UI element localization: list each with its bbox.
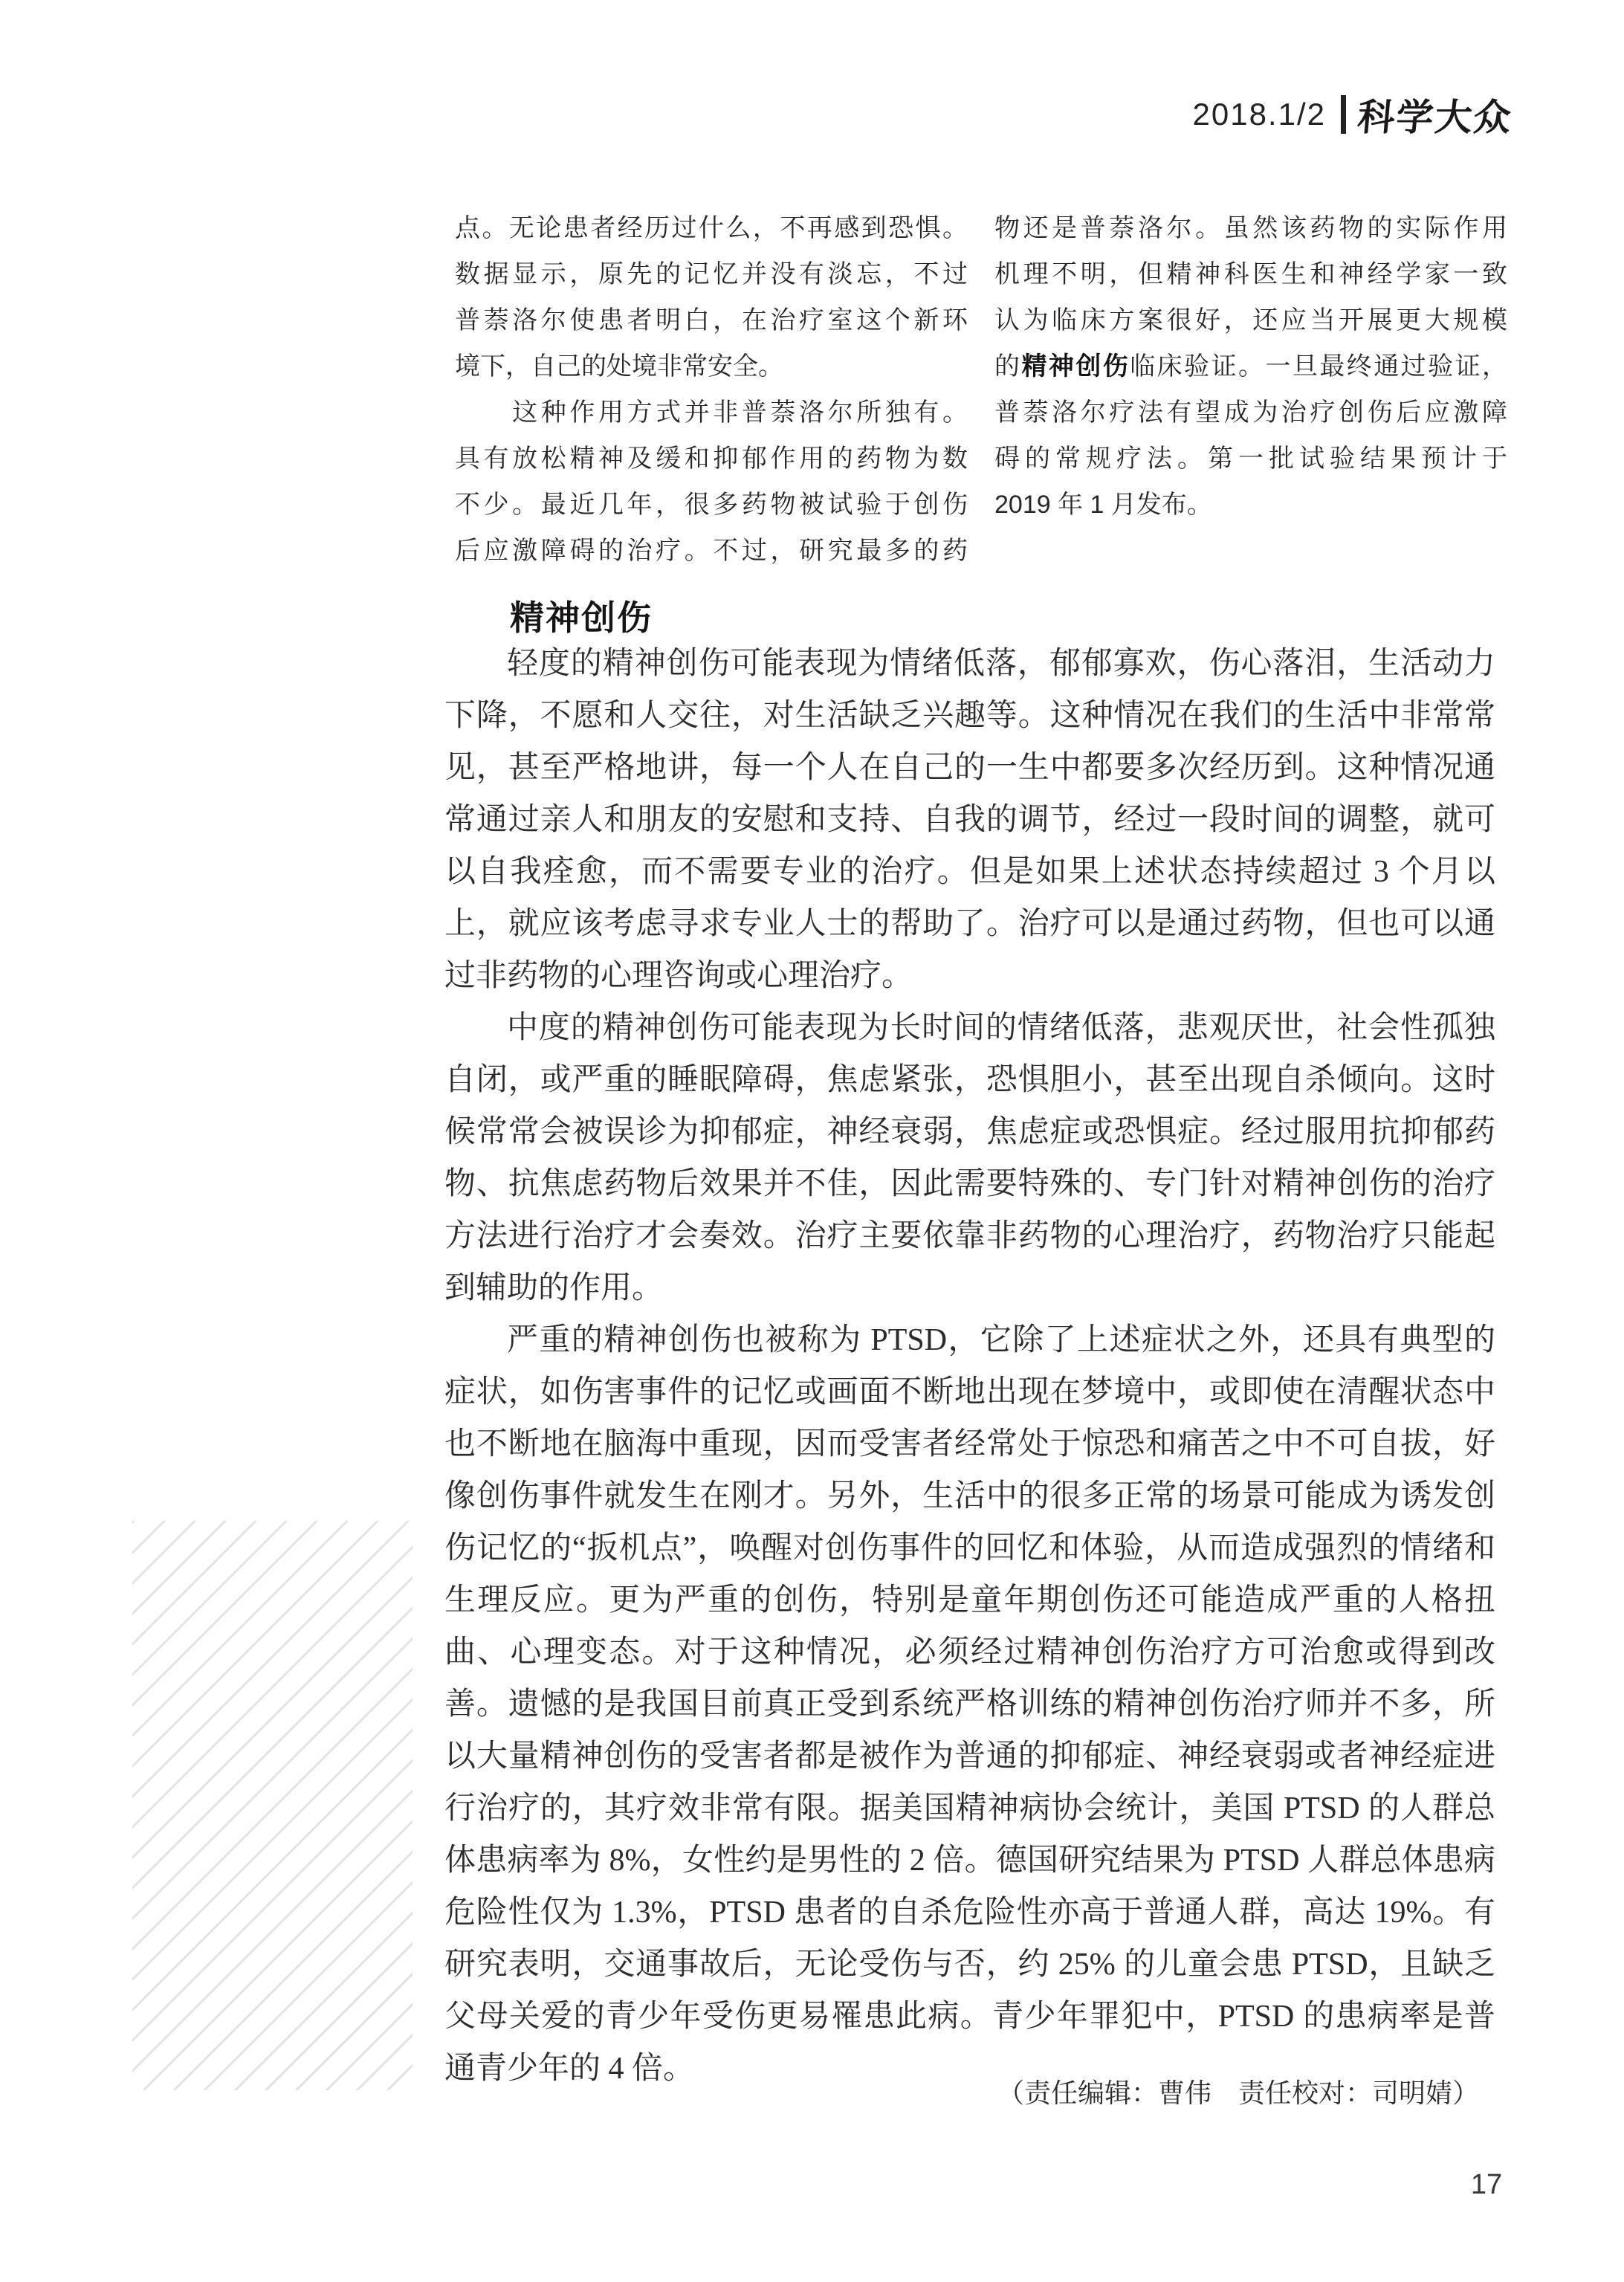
text-line: 机理不明，但精神科医生和神经学家一致: [994, 251, 1507, 297]
paragraph: 轻度的精神创伤可能表现为情绪低落，郁郁寡欢，伤心落泪，生活动力下降，不愿和人交往…: [444, 638, 1495, 1002]
text-line: 后应激障碍的治疗。不过，研究最多的药: [455, 528, 968, 574]
diagonal-hatch-decoration: [132, 1521, 413, 2090]
text-line: 不少。最近几年，很多药物被试验于创伤: [455, 482, 968, 528]
text-line: 物还是普萘洛尔。虽然该药物的实际作用: [994, 205, 1507, 251]
text-line: 普萘洛尔使患者明白，在治疗室这个新环: [455, 297, 968, 343]
text-line: 这种作用方式并非普萘洛尔所独有。: [455, 390, 968, 436]
bold-keyword: 精神创伤: [1021, 352, 1130, 381]
magazine-logo-text: 科学大众: [1356, 88, 1515, 141]
paragraph: 中度的精神创伤可能表现为长时间的情绪低落，悲观厌世，社会性孤独自闭，或严重的睡眠…: [444, 1002, 1495, 1314]
text-line: 认为临床方案很好，还应当开展更大规模: [994, 297, 1507, 343]
text-line: 数据显示，原先的记忆并没有淡忘，不过: [455, 251, 968, 297]
page-header: 2018.1/2 科学大众: [1115, 94, 1513, 135]
magazine-page: 2018.1/2 科学大众 点。无论患者经历过什么，不再感到恐惧。数据显示，原先…: [0, 0, 1624, 2282]
text-line: 点。无论患者经历过什么，不再感到恐惧。: [455, 205, 968, 251]
page-number: 17: [1455, 2169, 1518, 2201]
header-divider: [1341, 95, 1346, 134]
text-line: 2019 年 1 月发布。: [994, 482, 1507, 528]
section-heading: 精神创伤: [510, 591, 653, 640]
text-line: 境下，自己的处境非常安全。: [455, 343, 968, 390]
text-line: 具有放松精神及缓和抑郁作用的药物为数: [455, 436, 968, 482]
issue-date: 2018.1/2: [1193, 97, 1327, 132]
editor-credit-line: （责任编辑：曹伟 责任校对：司明婧）: [444, 2071, 1495, 2115]
text-line: 碍的常规疗法。第一批试验结果预计于: [994, 436, 1507, 482]
text-line: 普萘洛尔疗法有望成为治疗创伤后应激障: [994, 390, 1507, 436]
section-body: 轻度的精神创伤可能表现为情绪低落，郁郁寡欢，伤心落泪，生活动力下降，不愿和人交往…: [444, 638, 1495, 2095]
text-line: 的精神创伤临床验证。一旦最终通过验证，: [994, 343, 1507, 390]
article-column-right: 物还是普萘洛尔。虽然该药物的实际作用机理不明，但精神科医生和神经学家一致认为临床…: [994, 205, 1507, 528]
paragraph: 严重的精神创伤也被称为 PTSD，它除了上述症状之外，还具有典型的症状，如伤害事…: [444, 1314, 1495, 2095]
article-column-left: 点。无论患者经历过什么，不再感到恐惧。数据显示，原先的记忆并没有淡忘，不过普萘洛…: [455, 205, 968, 574]
